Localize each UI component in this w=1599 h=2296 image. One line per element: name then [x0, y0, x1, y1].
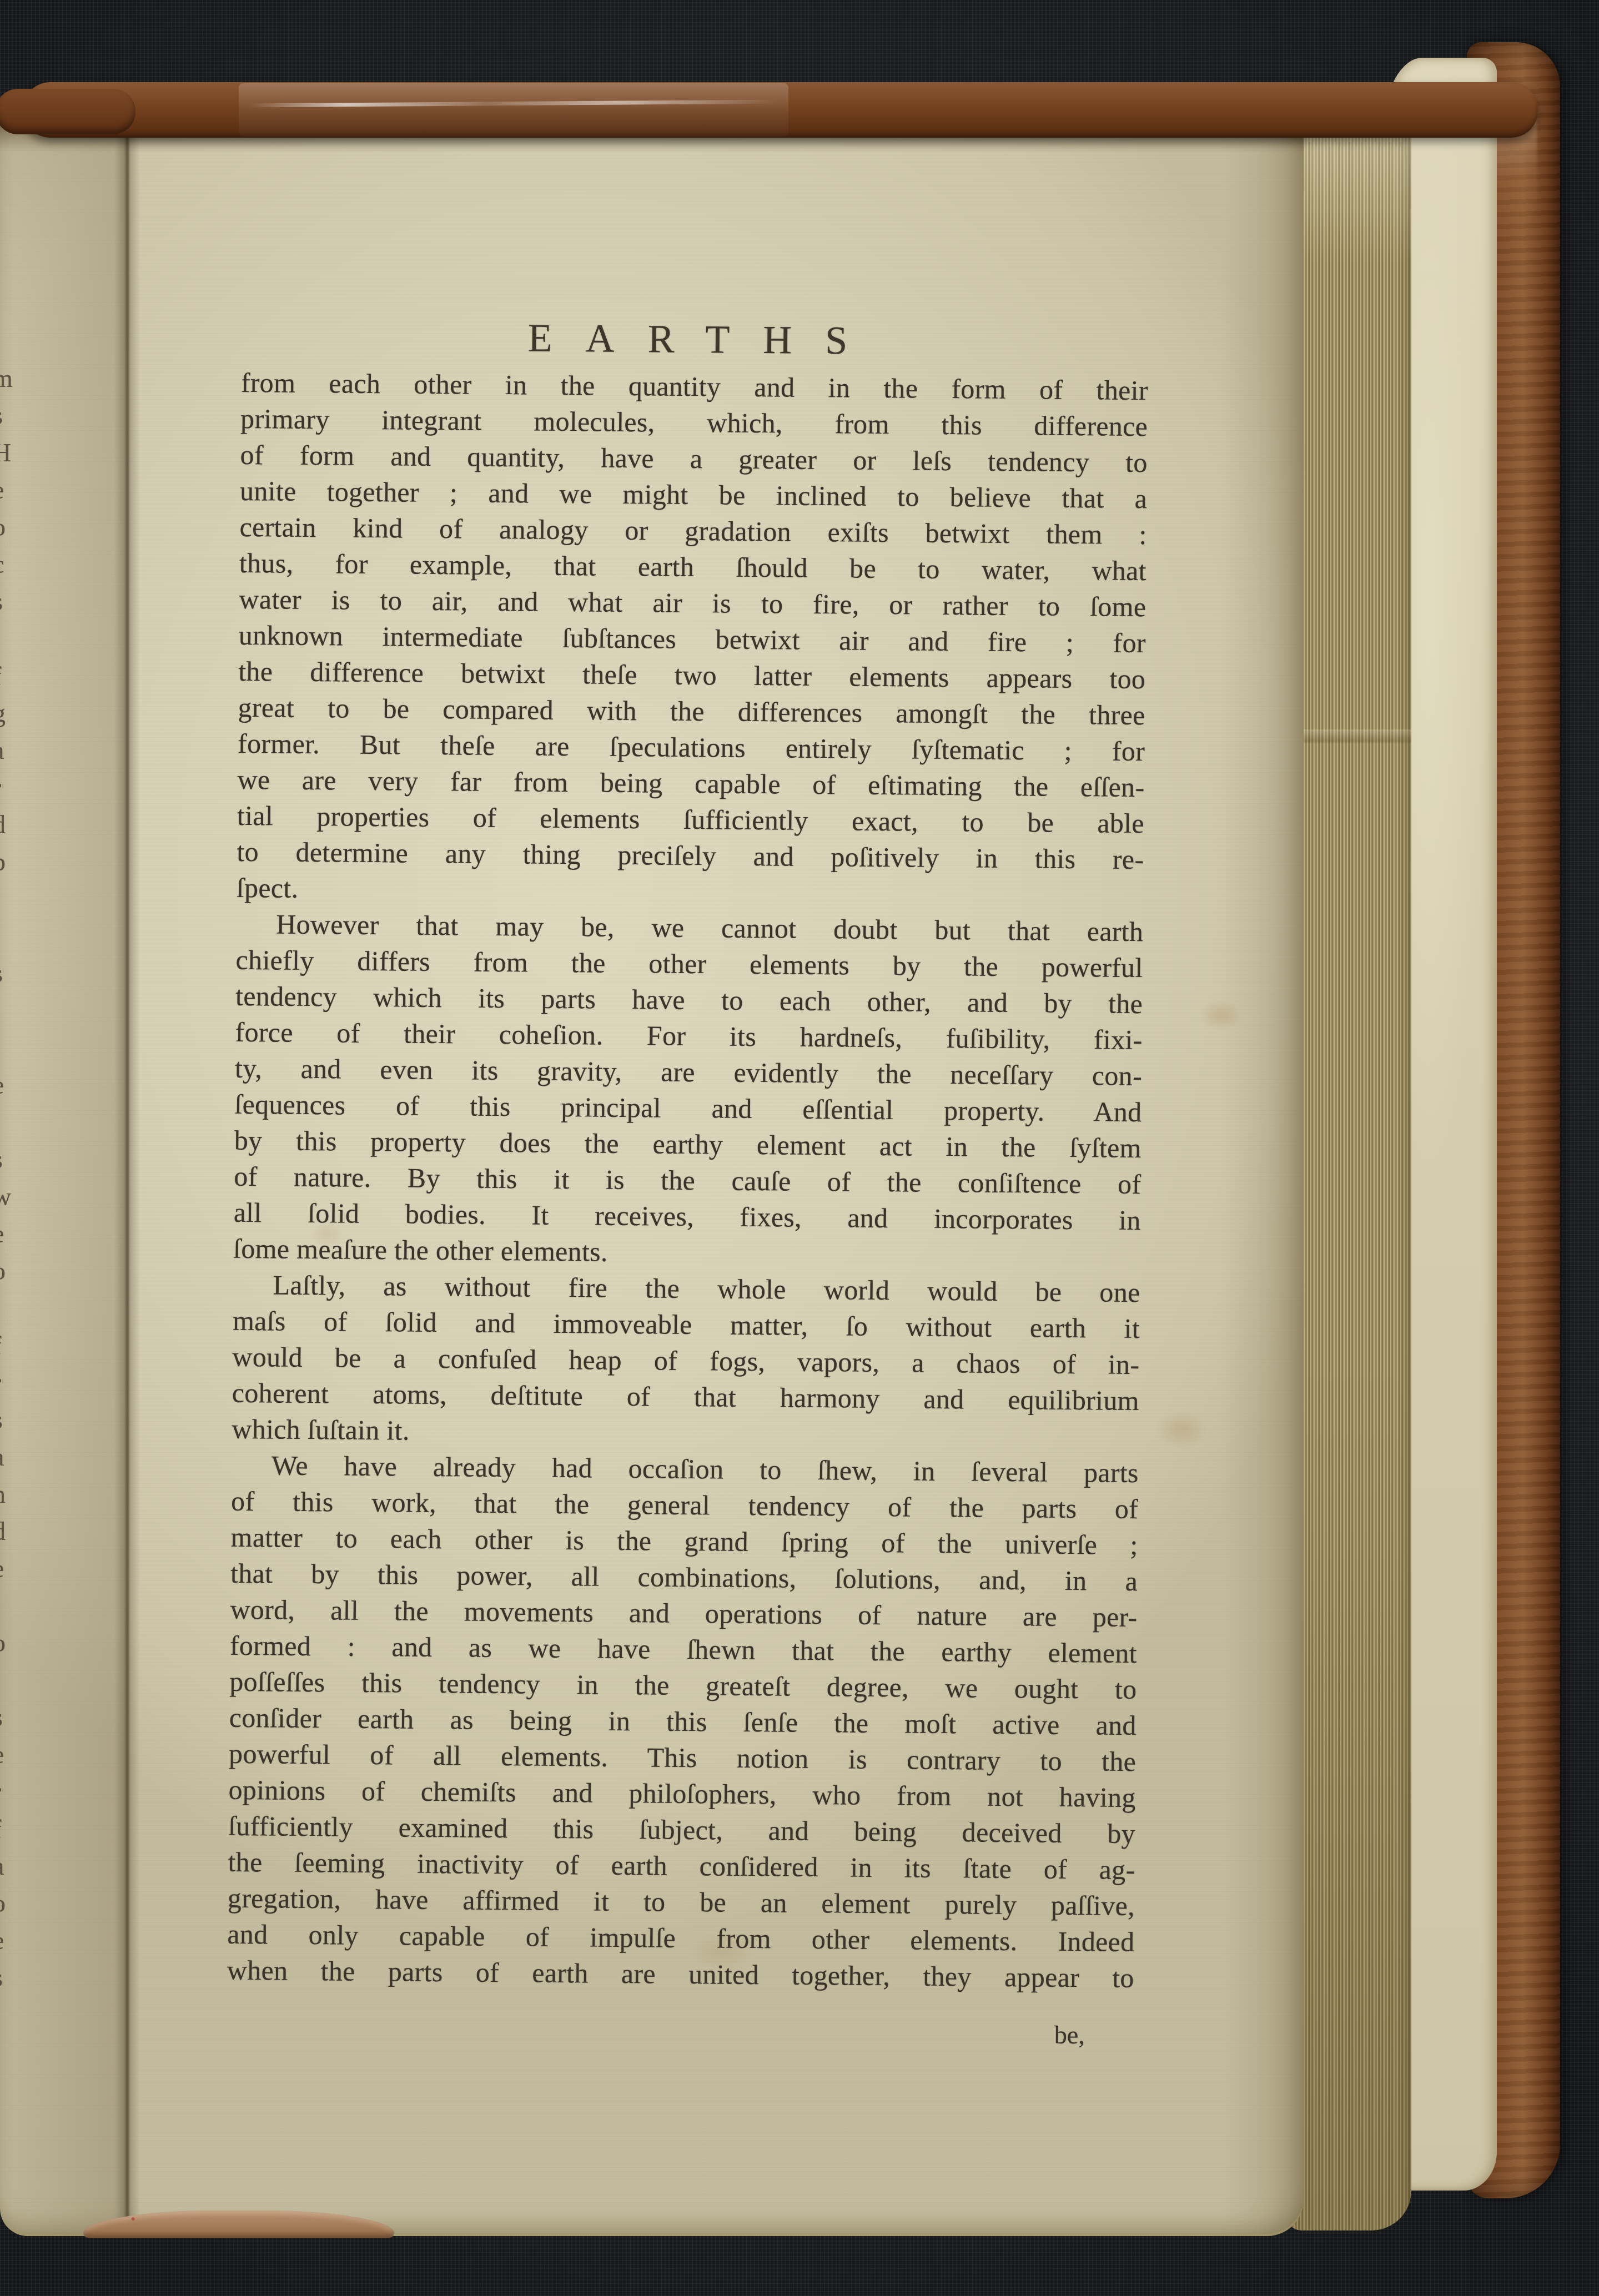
catchword: be,: [227, 2014, 1134, 2050]
letter-fragment: t: [0, 1290, 12, 1327]
letter-fragment: r: [0, 769, 12, 806]
letter-fragment: s: [0, 955, 12, 992]
letter-fragment: f: [0, 1327, 12, 1364]
page-content: EARTHS from each other in the quantity a…: [227, 315, 1149, 2050]
book-photo-scene: msHeocslfgardbtlsilelsweotfrsandelotserf…: [0, 0, 1599, 2296]
letter-fragment: i: [0, 992, 12, 1029]
letter-fragment: s: [0, 1141, 12, 1178]
letter-fragment: o: [0, 1885, 12, 1922]
letter-fragment: d: [0, 806, 12, 843]
letter-fragment: g: [0, 694, 12, 732]
letter-fragment: o: [0, 1624, 12, 1661]
page-right-edge-shade: [1220, 123, 1304, 2236]
letter-fragment: l: [0, 1104, 12, 1141]
letter-fragment: c: [0, 546, 12, 583]
letter-fragment: a: [0, 1847, 12, 1885]
letter-fragment: e: [0, 1922, 12, 1959]
open-page: msHeocslfgardbtlsilelsweotfrsandelotserf…: [0, 123, 1304, 2236]
letter-fragment: d: [0, 1513, 12, 1550]
letter-fragment: e: [0, 1550, 12, 1587]
clear-tape-repair: [239, 83, 788, 137]
letter-fragment: s: [0, 1959, 12, 1996]
letter-fragment: s: [0, 583, 12, 620]
letter-fragment: b: [0, 843, 12, 880]
letter-fragment: s: [0, 397, 12, 434]
letter-fragment: a: [0, 732, 12, 769]
letter-fragment: f: [0, 657, 12, 694]
letter-fragment: l: [0, 918, 12, 955]
letter-fragment: a: [0, 1438, 12, 1476]
letter-fragment: H: [0, 434, 12, 471]
letter-fragment: e: [0, 1736, 12, 1773]
letter-fragment: w: [0, 1178, 12, 1215]
running-head: EARTHS: [241, 315, 1149, 364]
letter-fragment: r: [0, 1364, 12, 1401]
letter-fragment: e: [0, 1215, 12, 1252]
gutter-crease: [114, 123, 140, 2236]
letter-fragment: o: [0, 1252, 12, 1290]
letter-fragment: s: [0, 1401, 12, 1438]
letter-fragment: m: [0, 360, 12, 397]
letter-fragment: o: [0, 508, 12, 546]
letter-fragment: l: [0, 620, 12, 657]
letter-fragment: s: [0, 1699, 12, 1736]
foxing-stain: [1199, 999, 1243, 1031]
text-line: when the parts of earth are united toget…: [227, 1952, 1135, 1996]
foxing-stain: [1155, 1410, 1208, 1449]
facing-page-shade: [0, 123, 129, 2236]
letter-fragment: r: [0, 1773, 12, 1810]
letter-fragment: l: [0, 1029, 12, 1066]
letter-fragment: t: [0, 1661, 12, 1699]
spine-end-roll: [0, 89, 135, 134]
letter-fragment: t: [0, 880, 12, 918]
left-page-text-fragments: msHeocslfgardbtlsilelsweotfrsandelotserf…: [0, 360, 12, 2031]
letter-fragment: n: [0, 1476, 12, 1513]
letter-fragment: l: [0, 1587, 12, 1624]
letter-fragment: f: [0, 1810, 12, 1847]
letter-fragment: e: [0, 1066, 12, 1104]
text-block: from each other in the quantity and in t…: [227, 365, 1148, 1996]
letter-fragment: e: [0, 471, 12, 508]
fore-edge-pages: [1286, 114, 1411, 2230]
